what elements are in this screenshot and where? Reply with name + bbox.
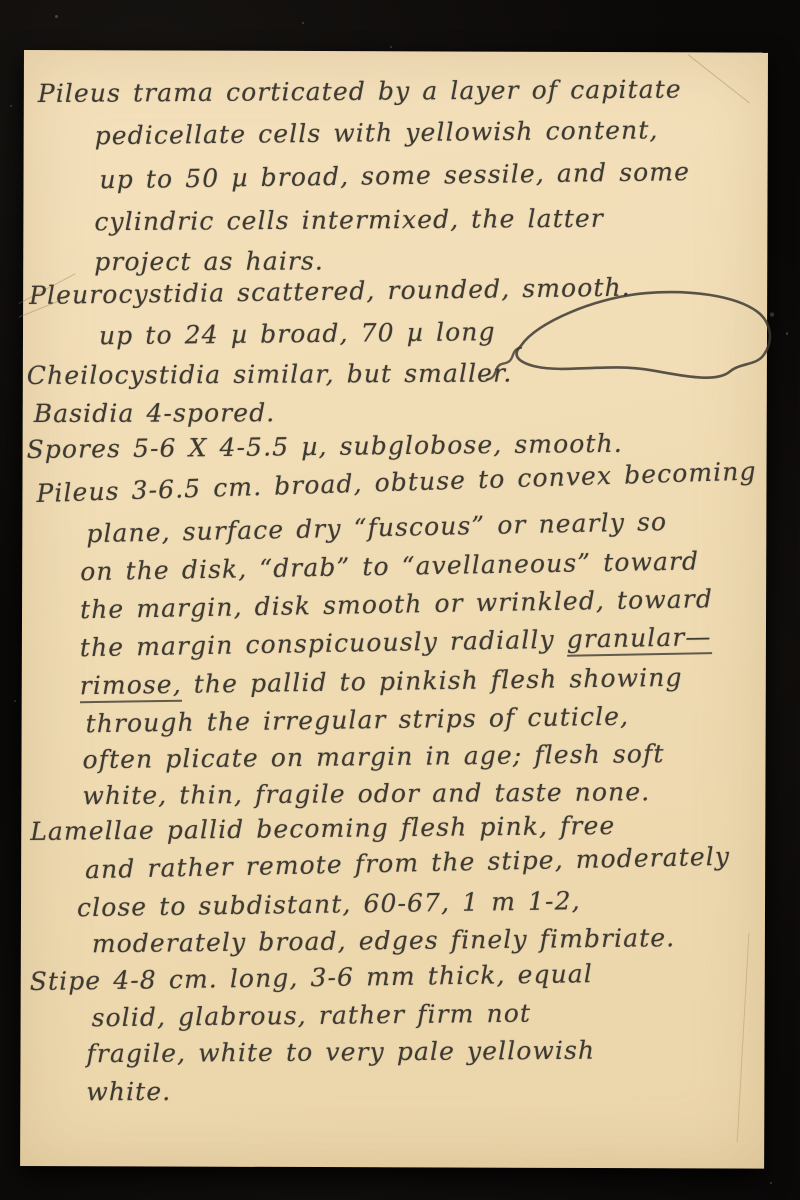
handwritten-line: white. — [86, 1078, 171, 1106]
handwritten-line: plane, surface dry “fuscous” or nearly s… — [86, 508, 667, 548]
photo-background: Pileus trama corticated by a layer of ca… — [0, 0, 800, 1200]
handwritten-line: pedicellate cells with yellowish content… — [95, 116, 659, 149]
underlined-word: granular— — [566, 622, 711, 657]
handwritten-line: up to 24 µ broad, 70 µ long — [99, 318, 496, 350]
handwritten-line: Stipe 4-8 cm. long, 3-6 mm thick, equal — [30, 960, 594, 995]
dust-speck — [770, 1182, 772, 1184]
line-text: the pallid to pinkish flesh showing — [182, 663, 683, 699]
handwritten-line: close to subdistant, 60-67, 1 m 1-2, — [77, 887, 581, 922]
underlined-word: rimose, — [80, 670, 182, 703]
handwritten-line: project as hairs. — [94, 247, 324, 275]
handwritten-line: white, thin, fragile odor and taste none… — [82, 778, 650, 809]
dust-speck — [55, 15, 58, 18]
paper-crease — [737, 933, 750, 1143]
handwritten-line: Spores 5-6 X 4-5.5 µ, subglobose, smooth… — [26, 430, 623, 464]
handwritten-line: Basidia 4-spored. — [34, 399, 276, 427]
handwritten-line: through the irregular strips of cuticle, — [85, 703, 629, 738]
handwritten-line: Lamellae pallid becoming flesh pink, fre… — [30, 812, 615, 846]
note-card: Pileus trama corticated by a layer of ca… — [20, 50, 768, 1169]
handwritten-line: Pileus trama corticated by a layer of ca… — [38, 76, 682, 108]
dust-speck — [302, 22, 304, 24]
dust-speck — [10, 105, 12, 107]
line-text: the margin conspicuously radially — [80, 625, 567, 662]
dust-speck — [786, 332, 788, 335]
handwritten-line: often plicate on margin in age; flesh so… — [82, 740, 664, 774]
handwritten-line: solid, glabrous, rather firm not — [91, 1000, 531, 1032]
handwritten-line: and rather remote from the stipe, modera… — [85, 843, 731, 884]
handwritten-line: up to 50 µ broad, some sessile, and some — [99, 158, 690, 194]
handwritten-line: Pileus 3-6.5 cm. broad, obtuse to convex… — [36, 457, 757, 507]
handwritten-line: the margin conspicuously radially granul… — [80, 623, 712, 662]
handwritten-line: moderately broad, edges finely fimbriate… — [92, 924, 676, 958]
paper-crease — [688, 54, 750, 103]
cystidium-outline-sketch — [473, 278, 778, 399]
handwritten-line: fragile, white to very pale yellowish — [86, 1037, 595, 1068]
handwritten-line: on the disk, “drab” to “avellaneous” tow… — [80, 547, 699, 585]
handwritten-line: cylindric cells intermixed, the latter — [94, 205, 604, 236]
dust-speck — [390, 46, 392, 48]
handwritten-line: the margin, disk smooth or wrinkled, tow… — [80, 585, 713, 624]
handwritten-line: rimose, the pallid to pinkish flesh show… — [80, 664, 683, 700]
handwritten-line: Cheilocystidia similar, but smaller. — [27, 359, 513, 389]
dust-speck — [14, 700, 16, 702]
